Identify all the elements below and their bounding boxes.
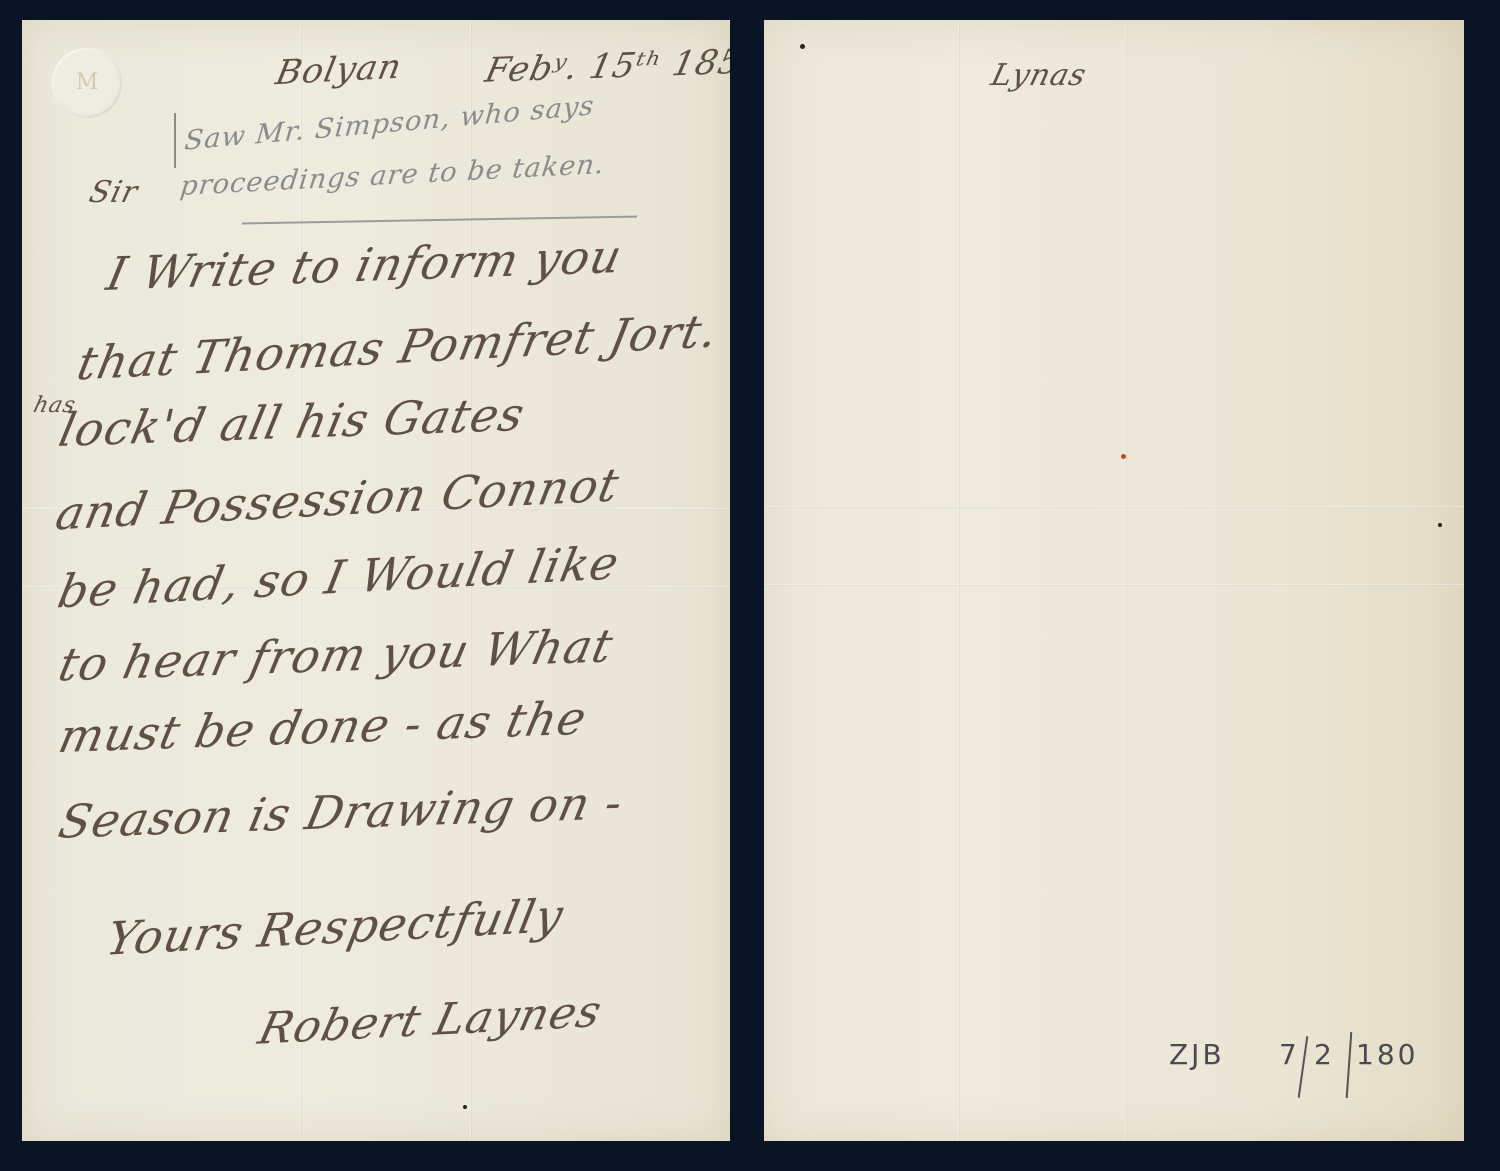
- archive-separator: [1346, 1032, 1353, 1098]
- body-line-6: to hear from you What: [54, 618, 618, 691]
- fold-line: [958, 20, 960, 1141]
- dateline-date: Febʸ. 15ᵗʰ 1851: [482, 41, 730, 91]
- archive-number-part-2: 2: [1314, 1038, 1335, 1071]
- closing: Yours Respectfully: [102, 888, 568, 965]
- embossed-seal-icon: M: [52, 48, 122, 118]
- body-line-5: be had, so I Would like: [53, 536, 624, 619]
- letter-page-back: Lynas ZJB 7 2 180: [764, 20, 1464, 1141]
- docket-name: Lynas: [988, 58, 1091, 93]
- fold-line: [764, 506, 1464, 508]
- body-line-7: must be done - as the: [54, 691, 592, 763]
- fold-line: [1125, 20, 1127, 1141]
- rust-spot: [1121, 454, 1126, 459]
- body-line-2: that Thomas Pomfret Jort.: [73, 304, 723, 391]
- ink-speck: [1438, 523, 1442, 527]
- body-line-8: Season is Drawing on -: [54, 775, 628, 848]
- pencil-note-line-1: Saw Mr. Simpson, who says: [183, 90, 596, 156]
- pencil-margin-mark: [174, 113, 176, 168]
- archive-initials: ZJB: [1169, 1038, 1225, 1071]
- ink-speck: [800, 44, 805, 49]
- signature: Robert Laynes: [254, 986, 607, 1055]
- body-line-4: and Possession Connot: [51, 457, 624, 540]
- salutation: Sir: [86, 175, 142, 210]
- letter-page-front: M Bolyan Febʸ. 15ᵗʰ 1851 Saw Mr. Simpson…: [22, 20, 730, 1141]
- dateline-place: Bolyan: [272, 47, 405, 93]
- ink-speck: [463, 1105, 467, 1109]
- pencil-note-line-2: proceedings are to be taken.: [178, 149, 606, 202]
- archive-number-part-1: 7: [1279, 1038, 1300, 1071]
- archive-number-part-3: 180: [1356, 1038, 1418, 1071]
- body-line-1: I Write to inform you: [102, 229, 627, 301]
- fold-line: [764, 584, 1464, 586]
- body-line-3: lock'd all his Gates: [54, 387, 530, 457]
